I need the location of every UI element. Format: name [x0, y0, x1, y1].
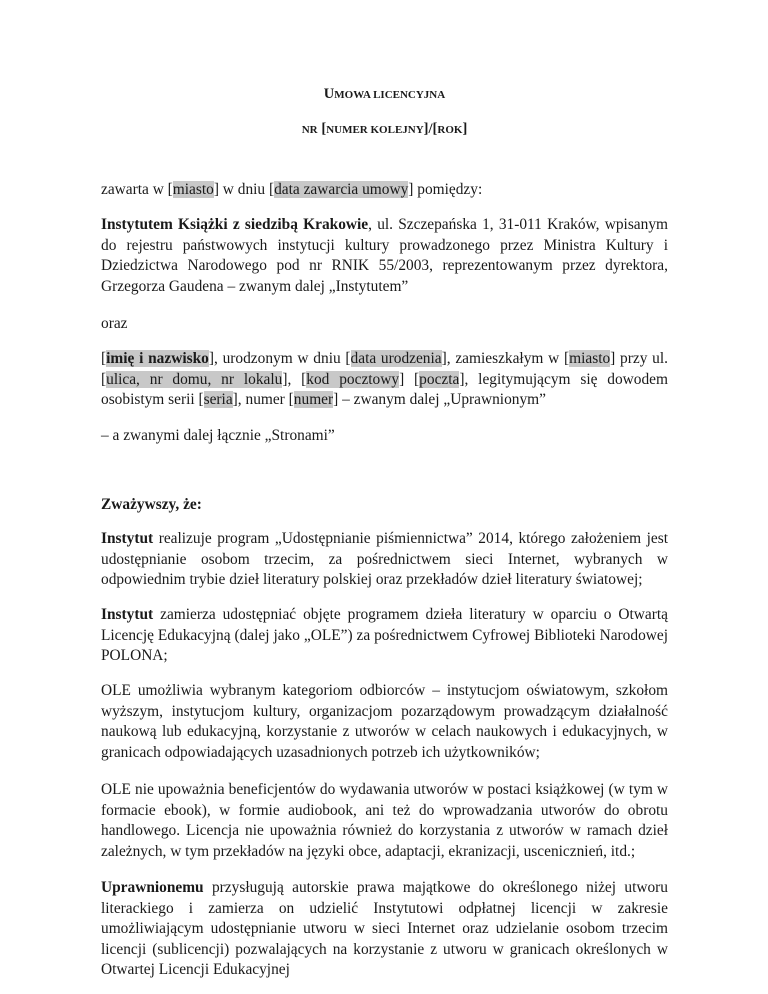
intro-paragraph: zawarta w [miasto] w dniu [data zawarcia…: [101, 180, 668, 201]
whereas-item: OLE umożliwia wybranym kategoriom odbior…: [101, 681, 668, 763]
field-postal-code[interactable]: kod pocztowy: [306, 371, 399, 388]
text: ] [: [399, 371, 419, 388]
party-licensor-paragraph: [imię i nazwisko], urodzonym w dniu [dat…: [101, 349, 668, 411]
field-full-name[interactable]: imię i nazwisko: [106, 350, 209, 367]
text: zawarta w [: [101, 181, 173, 198]
field-contract-date[interactable]: data zawarcia umowy: [274, 181, 408, 198]
nr-label: NR: [302, 124, 318, 136]
field-city[interactable]: miasto: [569, 350, 610, 367]
party-institute-paragraph: Instytutem Książki z siedzibą Krakowie, …: [101, 215, 668, 297]
text: ], numer [: [233, 391, 294, 408]
field-id-number[interactable]: numer: [294, 391, 333, 408]
whereas-text: zamierza udostępniać objęte programem dz…: [101, 606, 668, 664]
text: ], zamieszkałym w [: [442, 350, 570, 367]
field-post-office[interactable]: poczta: [419, 371, 459, 388]
whereas-item: Instytut zamierza udostępniać objęte pro…: [101, 605, 668, 667]
number-placeholder: NUMER KOLEJNY: [326, 124, 423, 136]
whereas-bold: Uprawnionemu: [101, 879, 204, 896]
title-initial: U: [324, 86, 334, 102]
bracket: ]: [462, 121, 467, 137]
whereas-heading-text: Zważywszy, że:: [101, 496, 202, 513]
whereas-item: Instytut realizuje program „Udostępniani…: [101, 529, 668, 591]
text: ] – zwanym dalej „Uprawnionym”: [333, 391, 546, 408]
oraz-paragraph: oraz: [101, 314, 668, 335]
whereas-bold: Instytut: [101, 606, 153, 623]
whereas-heading: Zważywszy, że:: [101, 495, 668, 516]
text: ] pomiędzy:: [408, 181, 482, 198]
field-street[interactable]: ulica, nr domu, nr lokalu: [106, 371, 282, 388]
title-rest: MOWA LICENCYJNA: [334, 89, 445, 101]
text: ], urodzonym w dniu [: [209, 350, 351, 367]
text: ], [: [282, 371, 306, 388]
whereas-item: OLE nie upoważnia beneficjentów do wydaw…: [101, 780, 668, 862]
field-city[interactable]: miasto: [173, 181, 214, 198]
institute-name: Instytutem Książki z siedzibą Krakowie: [101, 216, 368, 233]
whereas-item: Uprawnionemu przysługują autorskie prawa…: [101, 878, 668, 981]
parties-jointly-paragraph: – a zwanymi dalej łącznie „Stronami”: [101, 426, 668, 447]
whereas-text: OLE umożliwia wybranym kategoriom odbior…: [101, 682, 668, 761]
contract-number-line: NR [NUMER KOLEJNY]/[ROK]: [101, 120, 668, 139]
year-placeholder: ROK: [437, 124, 462, 136]
field-id-series[interactable]: seria: [204, 391, 233, 408]
text: ] w dniu [: [214, 181, 274, 198]
whereas-bold: Instytut: [101, 530, 153, 547]
document-title: UMOWA LICENCYJNA: [101, 85, 668, 104]
whereas-text: OLE nie upoważnia beneficjentów do wydaw…: [101, 781, 668, 860]
field-birth-date[interactable]: data urodzenia: [351, 350, 442, 367]
whereas-text: realizuje program „Udostępnianie piśmien…: [101, 530, 668, 588]
